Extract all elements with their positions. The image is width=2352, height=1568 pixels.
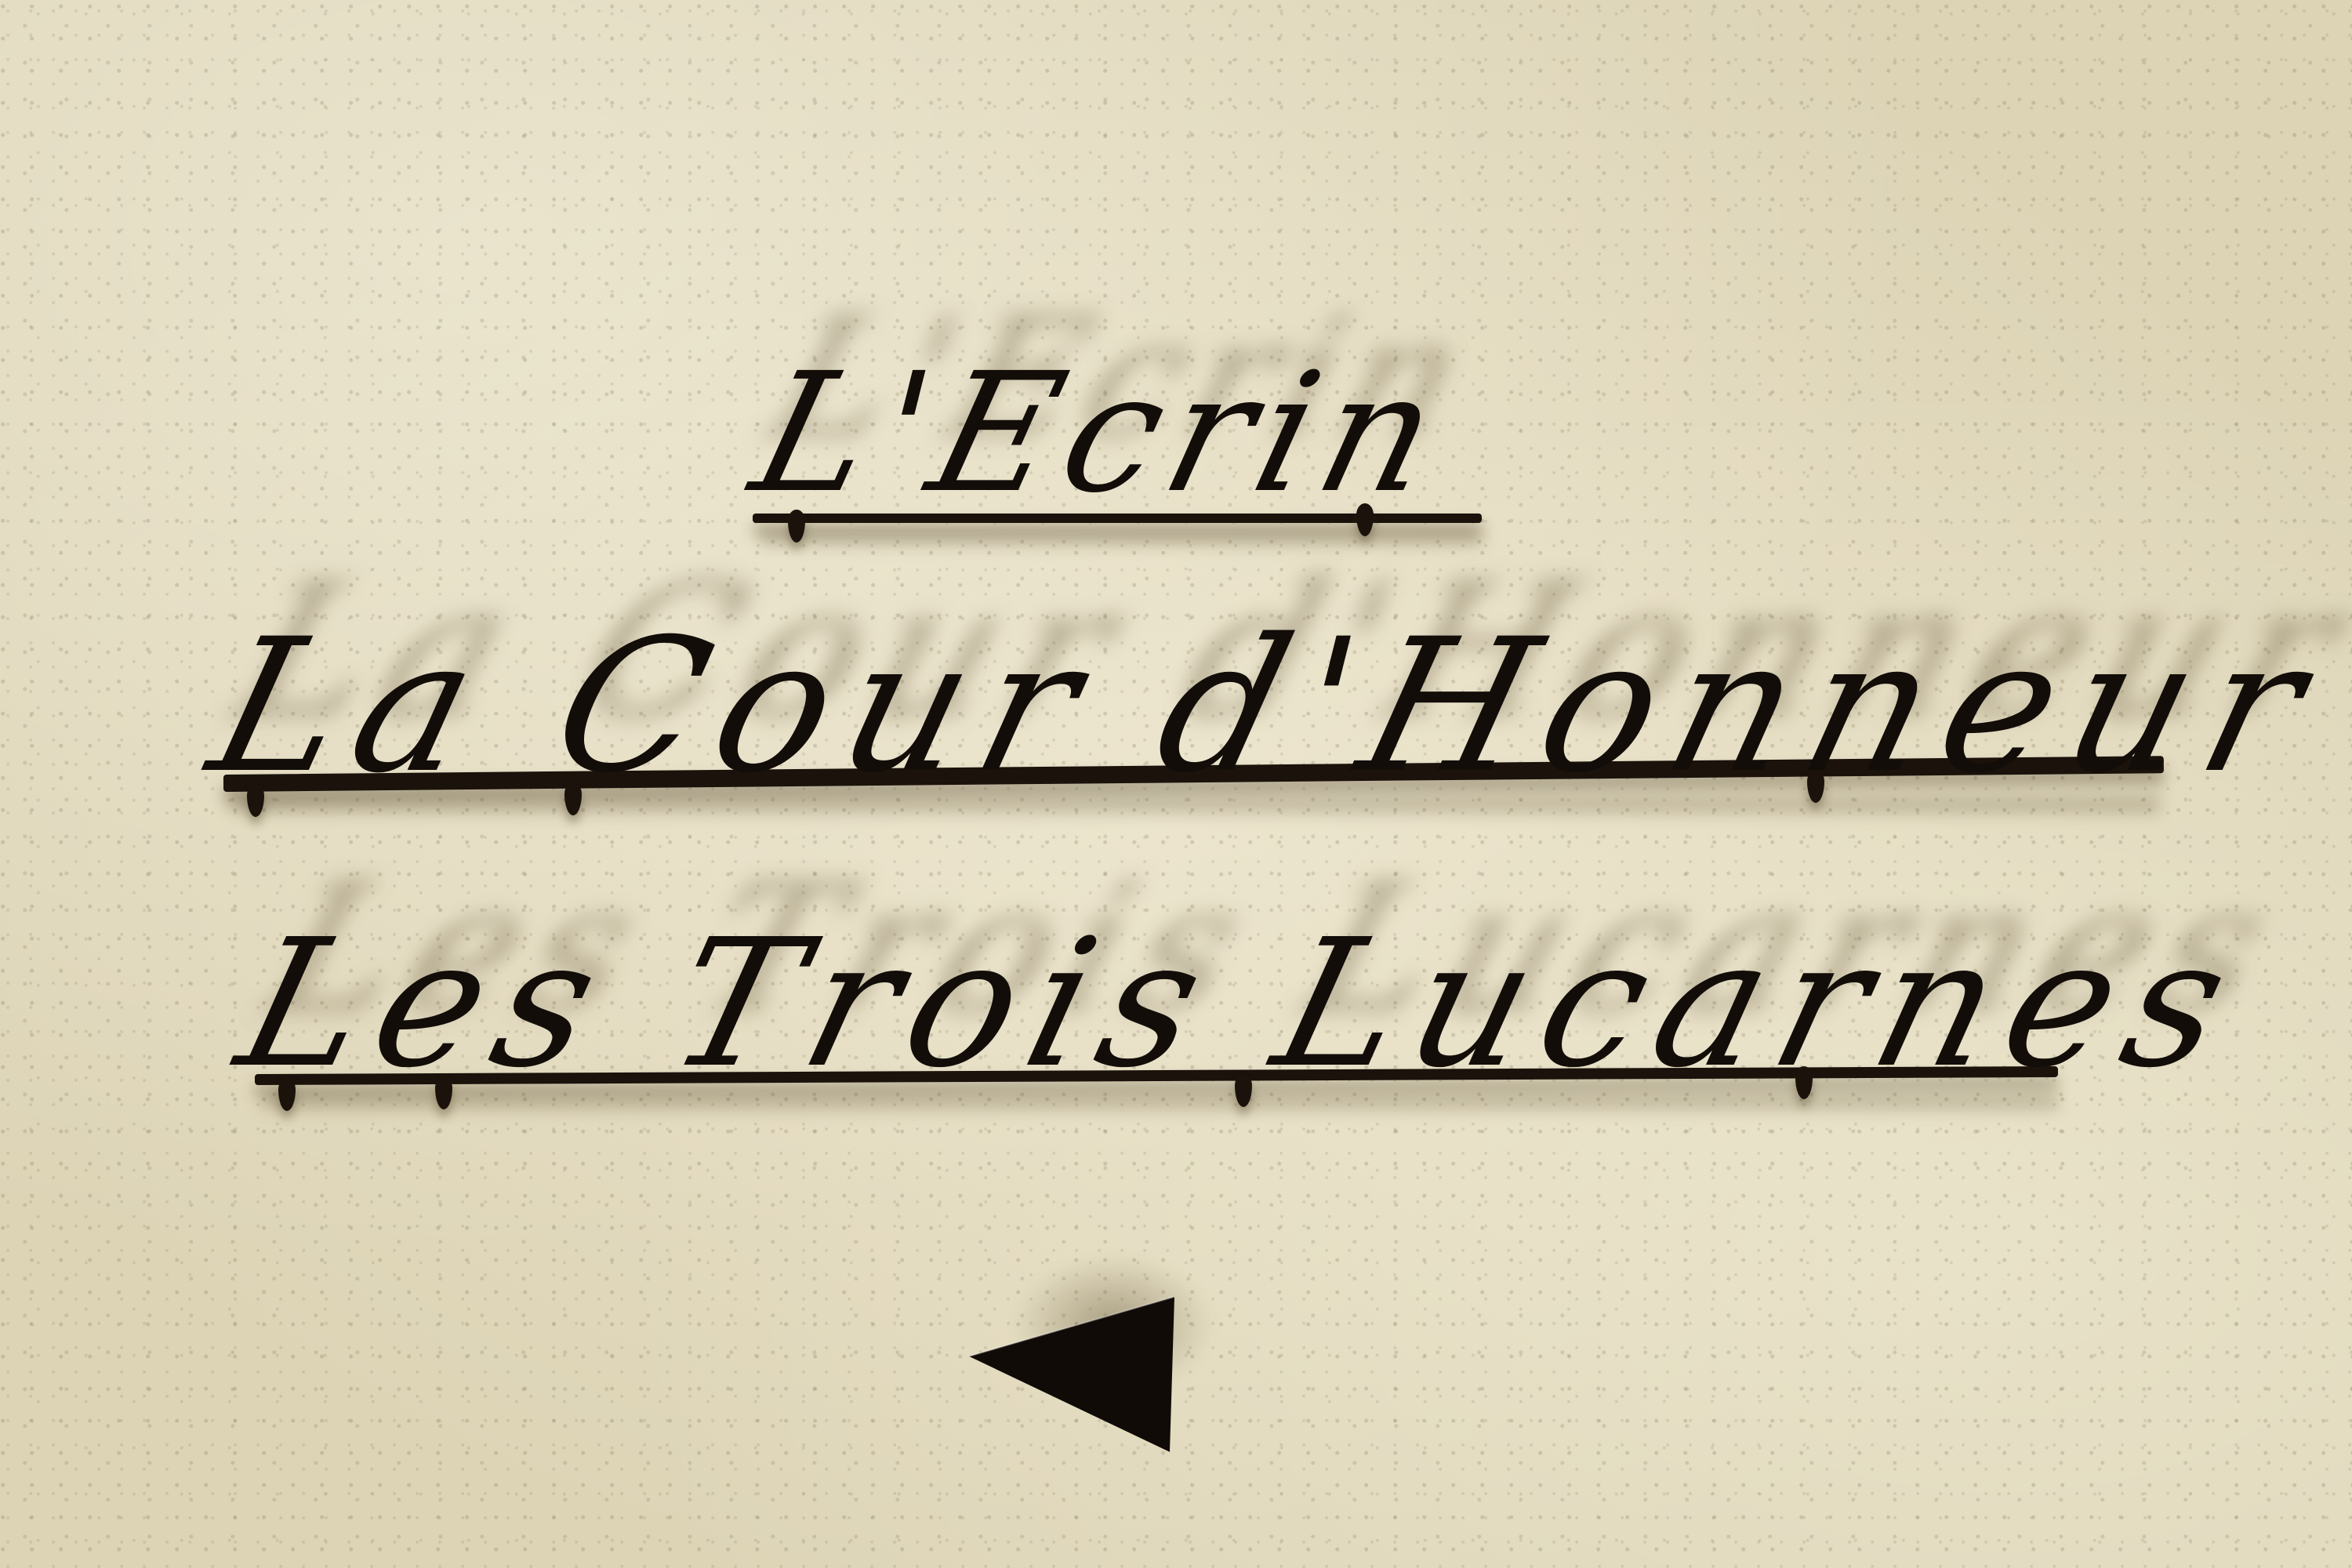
sign-line-la-cour-d-honneur: La Cour d'Honneur La Cour d'Honneur [212,627,2172,831]
bar-shadow [760,529,1482,545]
sign-line-l-ecrin: L'Ecrin L'Ecrin [745,368,1490,549]
sign-text: L'Ecrin [736,337,1465,529]
arrow [964,1286,1192,1466]
sign-line-les-trois-lucarnes: Les Trois Lucarnes Les Trois Lucarnes [243,925,2070,1129]
sign-text: La Cour d'Honneur [193,600,2341,814]
